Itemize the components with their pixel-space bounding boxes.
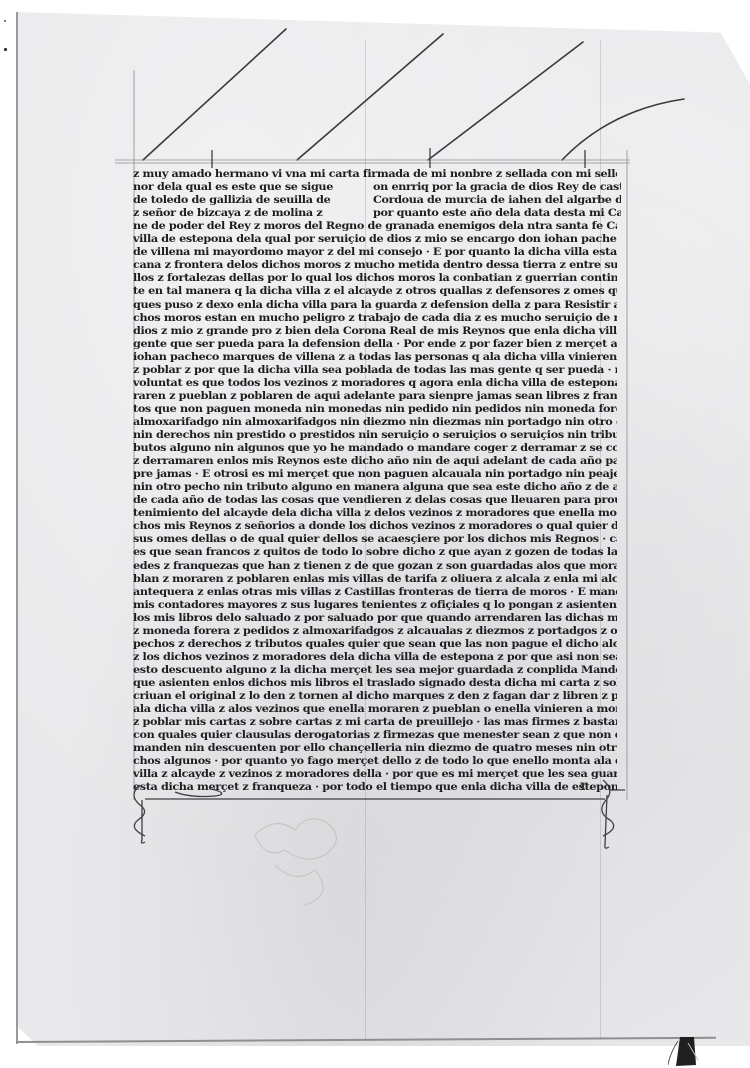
diagonal-stroke: [297, 34, 443, 160]
diagonal-stroke: [428, 42, 583, 160]
diagonal-stroke: [562, 99, 684, 160]
bleed-through-sketch: [235, 805, 375, 915]
manuscript-text-block: z muy amado hermano vi vna mi carta firm…: [133, 165, 623, 795]
binding-thread: [668, 1035, 704, 1068]
text-line: esta dicha merçet z franqueza · por todo…: [133, 779, 617, 794]
catchword: r: [580, 778, 587, 794]
diagonal-stroke: [143, 29, 286, 160]
